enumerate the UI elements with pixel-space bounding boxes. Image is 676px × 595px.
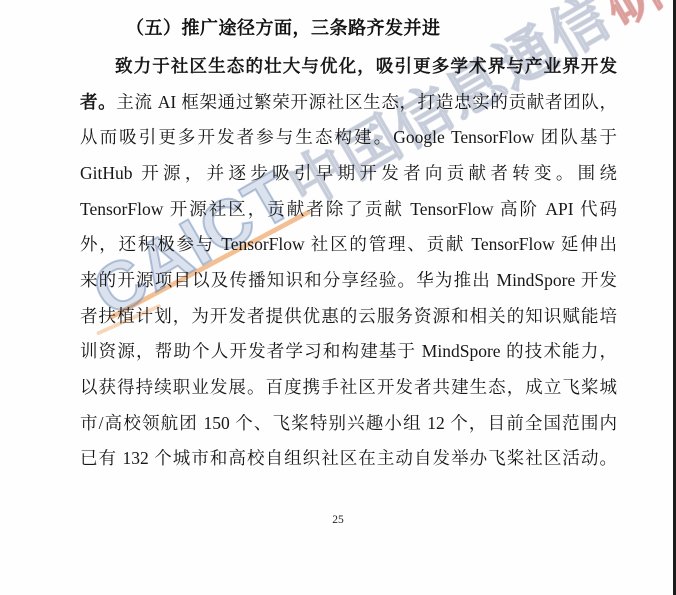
text-segment: GitHub 开源，并逐步吸引早期开发者向贡献者转变。围绕 (80, 163, 617, 183)
section-heading: （五）推广途径方面，三条路齐发并进 (126, 14, 441, 40)
text-segment: 者。 (80, 92, 116, 112)
body-line: 已有 132 个城市和高校自组织社区在主动自发举办飞桨社区活动。 (80, 441, 617, 477)
text-segment: 者扶植计划，为开发者提供优惠的云服务资源和相关的知识赋能培 (80, 306, 617, 326)
page-number: 25 (0, 514, 676, 526)
text-segment: 以获得持续职业发展。百度携手社区开发者共建生态，成立飞桨城 (80, 377, 617, 397)
body-line: 来的开源项目以及传播知识和分享经验。华为推出 MindSpore 开发 (80, 263, 617, 299)
body-line: 从而吸引更多开发者参与生态构建。Google TensorFlow 团队基于 (80, 120, 617, 156)
body-line: GitHub 开源，并逐步吸引早期开发者向贡献者转变。围绕 (80, 156, 617, 192)
body-line: 者扶植计划，为开发者提供优惠的云服务资源和相关的知识赋能培 (80, 299, 617, 335)
body-line: 市/高校领航团 150 个、飞桨特别兴趣小组 12 个，目前全国范围内 (80, 406, 617, 442)
body-line: 者。主流 AI 框架通过繁荣开源社区生态，打造忠实的贡献者团队， (80, 85, 617, 121)
document-page: CAICT 中国信息通信 研 究院 （五）推广途径方面，三条路齐发并进 致力于社… (0, 0, 676, 595)
body-line: 训资源，帮助个人开发者学习和构建基于 MindSpore 的技术能力， (80, 334, 617, 370)
body-line: TensorFlow 开源社区，贡献者除了贡献 TensorFlow 高阶 AP… (80, 192, 617, 228)
text-segment: 致力于社区生态的壮大与优化，吸引更多学术界与产业界开发 (115, 56, 617, 76)
watermark-cn-accent-text: 研 (593, 0, 676, 38)
text-segment: 主流 AI 框架通过繁荣开源社区生态，打造忠实的贡献者团队， (116, 92, 617, 112)
body-text: 致力于社区生态的壮大与优化，吸引更多学术界与产业界开发者。主流 AI 框架通过繁… (80, 49, 617, 477)
text-segment: 市/高校领航团 150 个、飞桨特别兴趣小组 12 个，目前全国范围内 (80, 413, 617, 433)
text-segment: 来的开源项目以及传播知识和分享经验。华为推出 MindSpore 开发 (80, 270, 617, 290)
watermark-cn-text-2: 究院 (648, 0, 676, 6)
text-segment: 已有 132 个城市和高校自组织社区在主动自发举办飞桨社区活动。 (80, 448, 617, 468)
body-line: 致力于社区生态的壮大与优化，吸引更多学术界与产业界开发 (80, 49, 617, 85)
text-segment: TensorFlow 开源社区，贡献者除了贡献 TensorFlow 高阶 AP… (80, 199, 617, 219)
text-segment: 从而吸引更多开发者参与生态构建。Google TensorFlow 团队基于 (80, 127, 617, 147)
body-line: 以获得持续职业发展。百度携手社区开发者共建生态，成立飞桨城 (80, 370, 617, 406)
text-segment: 训资源，帮助个人开发者学习和构建基于 MindSpore 的技术能力， (80, 341, 617, 361)
body-line: 外，还积极参与 TensorFlow 社区的管理、贡献 TensorFlow 延… (80, 227, 617, 263)
text-segment: 外，还积极参与 TensorFlow 社区的管理、贡献 TensorFlow 延… (80, 234, 617, 254)
